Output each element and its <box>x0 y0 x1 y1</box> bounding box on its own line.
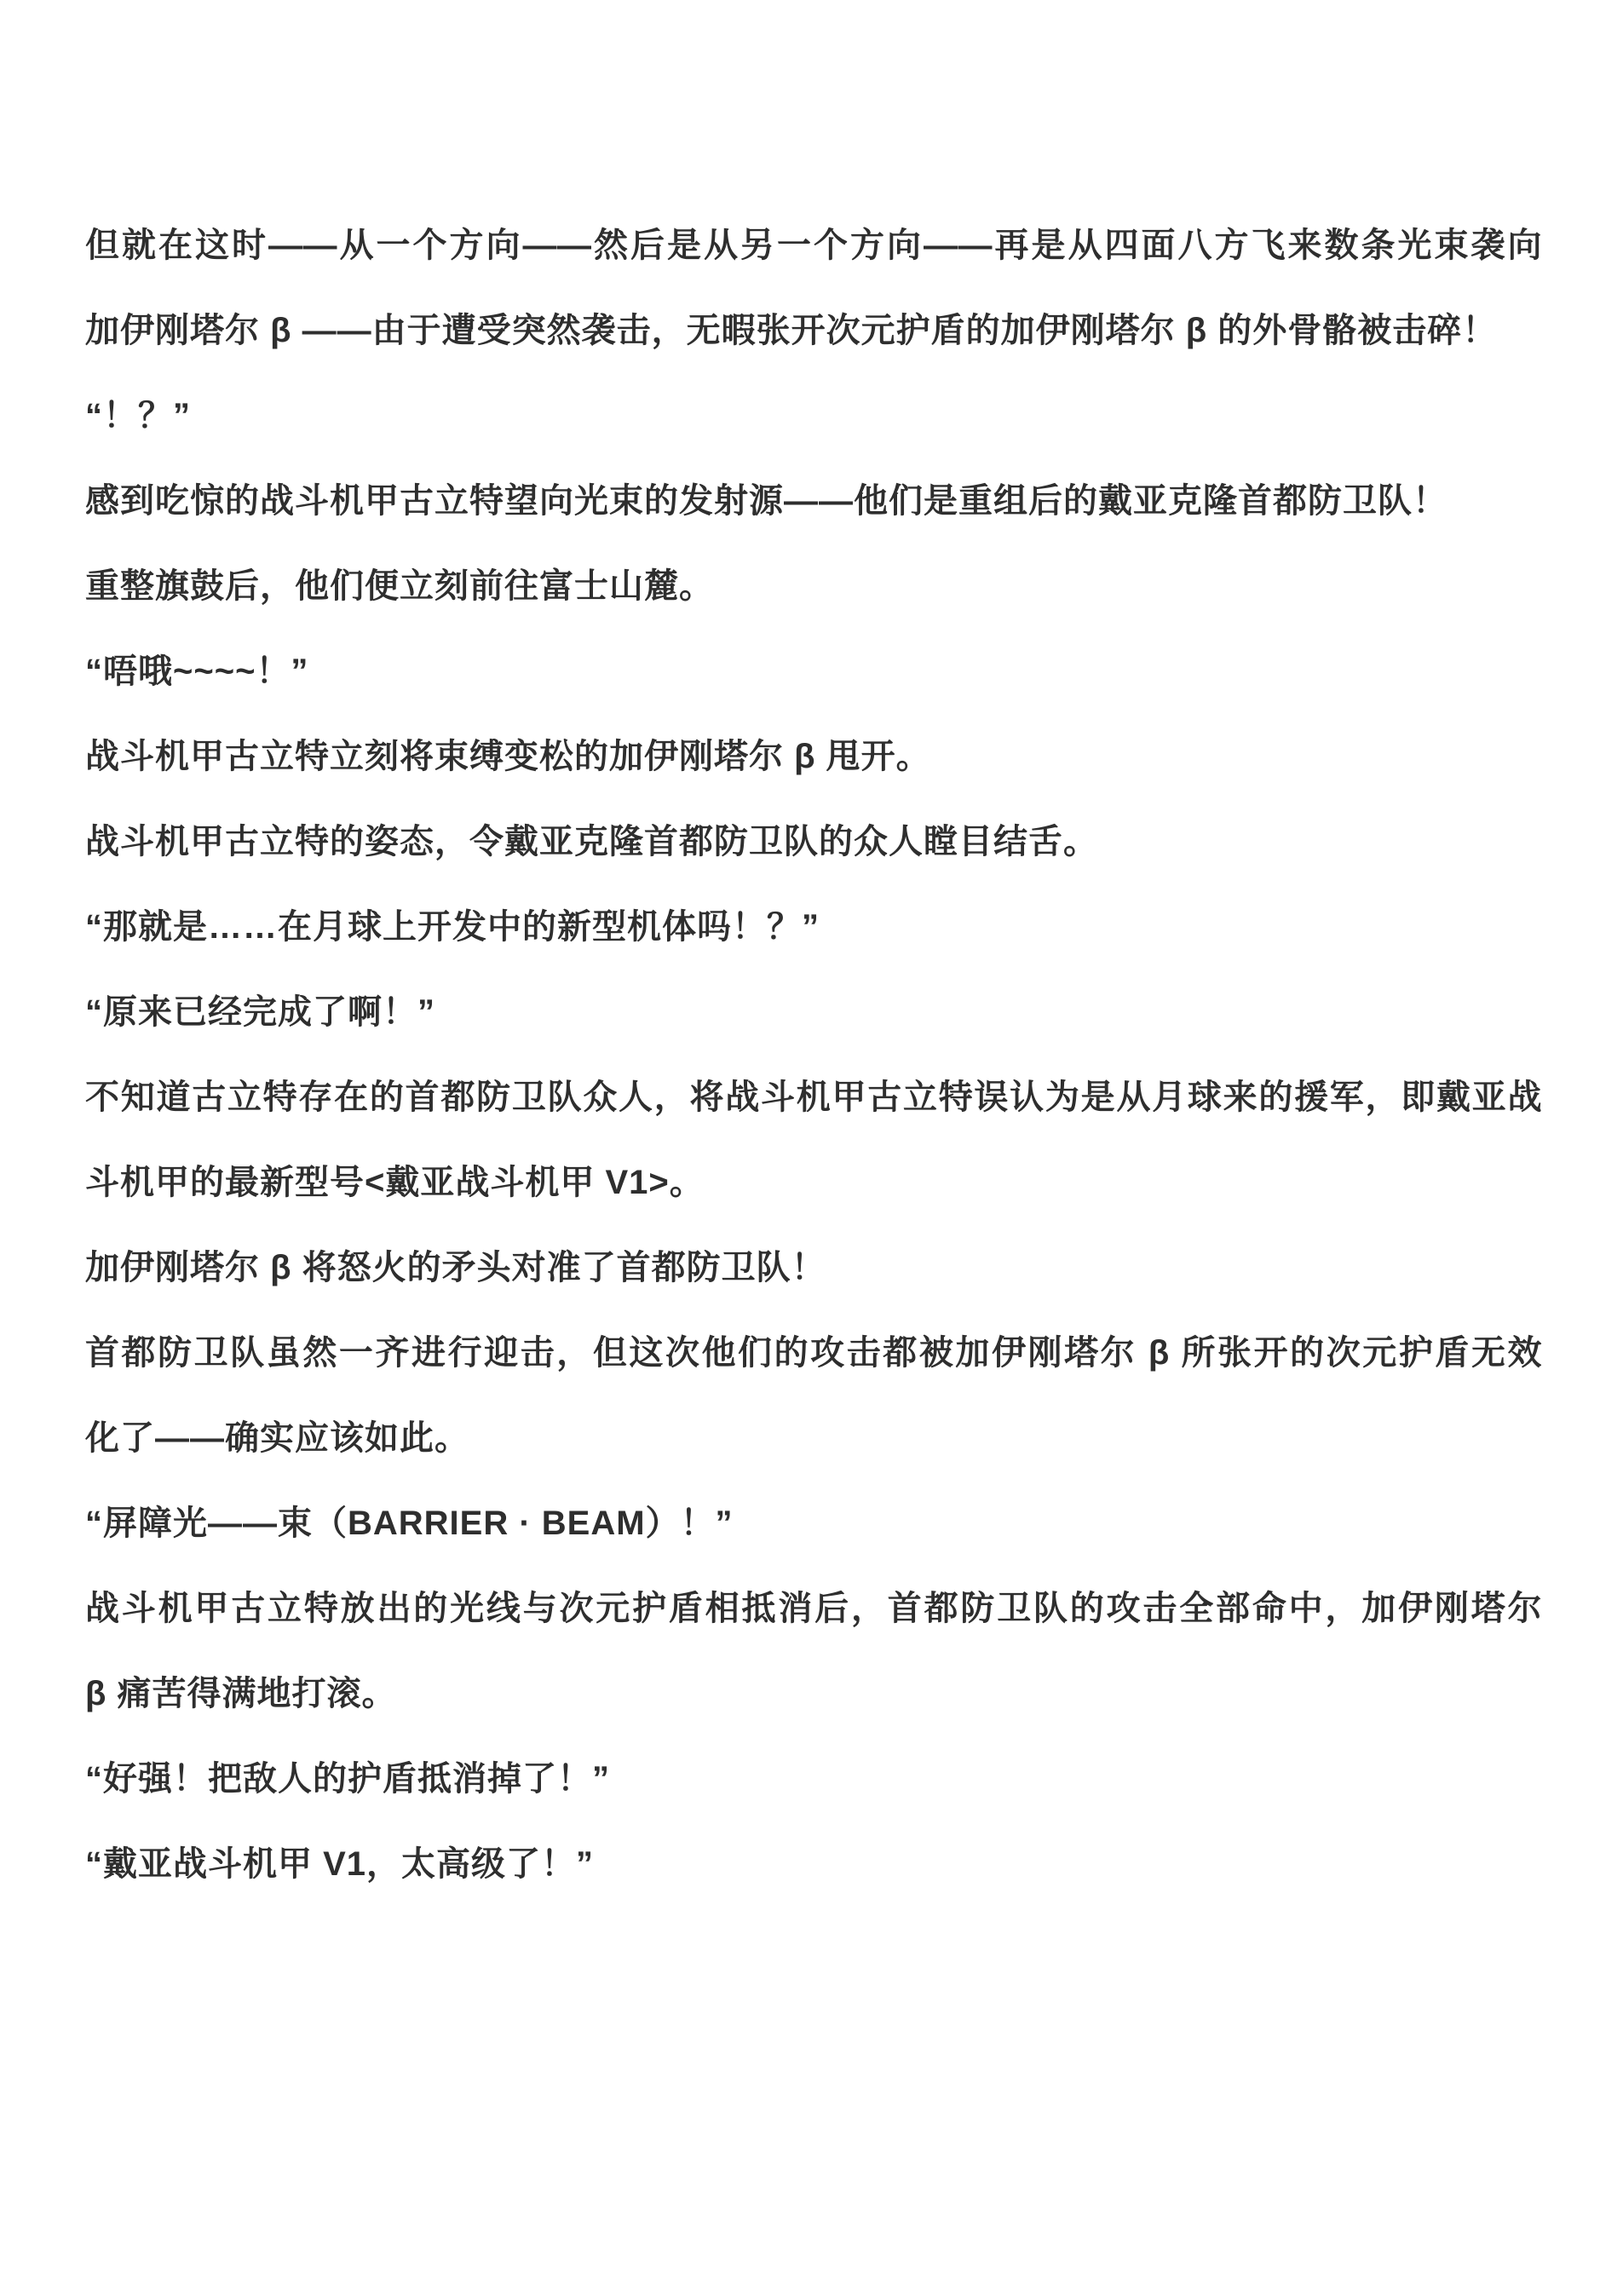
dialogue-line: “！？” <box>85 373 1542 458</box>
dialogue-line: “那就是……在月球上开发中的新型机体吗！？” <box>85 884 1542 970</box>
text-line: 但就在这时——从一个方向——然后是从另一个方向——再是从四面八方飞来数条光束袭向 <box>85 203 1542 288</box>
dialogue-line: “原来已经完成了啊！” <box>85 970 1542 1055</box>
text-line: 加伊刚塔尔 β ——由于遭受突然袭击，无暇张开次元护盾的加伊刚塔尔 β 的外骨骼… <box>85 288 1542 373</box>
text-line: 首都防卫队虽然一齐进行迎击，但这次他们的攻击都被加伊刚塔尔 β 所张开的次元护盾… <box>85 1310 1542 1395</box>
text-line: 战斗机甲古立特立刻将束缚变松的加伊刚塔尔 β 甩开。 <box>85 714 1542 799</box>
text-line: 不知道古立特存在的首都防卫队众人，将战斗机甲古立特误认为是从月球来的援军，即戴亚… <box>85 1055 1542 1140</box>
text-line: 重整旗鼓后，他们便立刻前往富士山麓。 <box>85 544 1542 629</box>
novel-page: 但就在这时——从一个方向——然后是从另一个方向——再是从四面八方飞来数条光束袭向… <box>0 0 1623 2296</box>
text-line: 战斗机甲古立特放出的光线与次元护盾相抵消后，首都防卫队的攻击全部命中，加伊刚塔尔 <box>85 1566 1542 1651</box>
dialogue-line: “戴亚战斗机甲 V1，太高级了！” <box>85 1821 1542 1907</box>
text-line: 加伊刚塔尔 β 将怒火的矛头对准了首都防卫队！ <box>85 1225 1542 1310</box>
text-line: β 痛苦得满地打滚。 <box>85 1651 1542 1736</box>
dialogue-line: “好强！把敌人的护盾抵消掉了！” <box>85 1736 1542 1821</box>
text-line: 化了——确实应该如此。 <box>85 1395 1542 1481</box>
dialogue-line: “唔哦~~~~！” <box>85 629 1542 714</box>
text-line: 感到吃惊的战斗机甲古立特望向光束的发射源——他们是重组后的戴亚克隆首都防卫队！ <box>85 458 1542 544</box>
text-line: 斗机甲的最新型号<戴亚战斗机甲 V1>。 <box>85 1140 1542 1225</box>
dialogue-line: “屏障光——束（BARRIER · BEAM）！” <box>85 1481 1542 1566</box>
text-line: 战斗机甲古立特的姿态，令戴亚克隆首都防卫队的众人瞠目结舌。 <box>85 799 1542 884</box>
